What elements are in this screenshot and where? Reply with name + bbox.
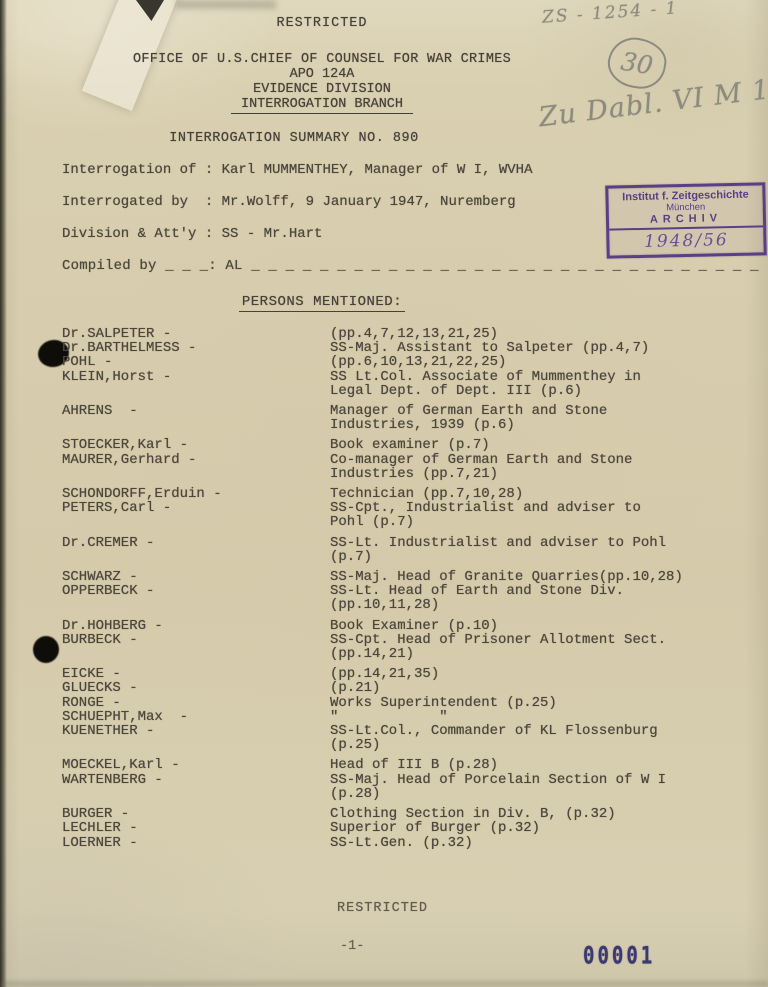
document-header: RESTRICTED OFFICE OF U.S.CHIEF OF COUNSE… xyxy=(42,16,602,146)
summary-title: INTERROGATION SUMMARY NO. 890 xyxy=(42,131,546,146)
person-row: AHRENS - Manager of German Earth and Sto… xyxy=(62,404,752,432)
person-desc-line: (p.28) xyxy=(330,787,752,801)
person-name: POHL - xyxy=(62,355,330,369)
person-desc-line: Industries, 1939 (p.6) xyxy=(330,418,752,432)
person-name: PETERS,Carl - xyxy=(62,501,330,529)
archive-stamp-header: Institut f. Zeitgeschichte München ARCHI… xyxy=(608,185,763,230)
person-desc-line: Superior of Burger (p.32) xyxy=(330,821,752,835)
circled-number-annotation: 30 xyxy=(604,34,669,92)
person-desc-line: Pohl (p.7) xyxy=(330,515,752,529)
person-desc-line: (p.7) xyxy=(330,550,752,564)
person-row: RONGE - Works Superintendent (p.25) xyxy=(62,696,752,710)
persons-mentioned-heading-wrap: PERSONS MENTIONED: xyxy=(42,294,602,312)
person-name: LECHLER - xyxy=(62,821,330,835)
person-desc-line: " " xyxy=(330,710,752,724)
person-row: POHL - (pp.6,10,13,21,22,25) xyxy=(62,355,752,369)
person-desc-line: Book examiner (p.7) xyxy=(330,438,752,452)
person-desc: (pp.14,21,35) xyxy=(330,667,752,681)
document-page: ZS - 1254 - 1 30 Zu Dabl. VI M 128 RESTR… xyxy=(0,0,768,987)
person-row: SCHUEPHT,Max - " " xyxy=(62,710,752,724)
person-name: STOECKER,Karl - xyxy=(62,438,330,452)
person-desc-line: Industries (pp.7,21) xyxy=(330,467,752,481)
bottom-edge-shadow xyxy=(0,981,768,987)
person-desc: Co-manager of German Earth and Stone Ind… xyxy=(330,453,752,481)
person-row: KUENETHER - SS-Lt.Col., Commander of KL … xyxy=(62,724,752,752)
person-desc-line: Legal Dept. of Dept. III (p.6) xyxy=(330,384,752,398)
document-serial-stamp: 00001 xyxy=(583,942,655,970)
person-desc: Manager of German Earth and Stone Indust… xyxy=(330,404,752,432)
person-desc-line: (pp.14,21) xyxy=(330,647,752,661)
person-row: OPPERBECK - SS-Lt. Head of Earth and Sto… xyxy=(62,584,752,612)
person-desc-line: (p.21) xyxy=(330,681,752,695)
person-name: OPPERBECK - xyxy=(62,584,330,612)
archive-stamp-number: 1948/56 xyxy=(609,227,763,255)
person-name: RONGE - xyxy=(62,696,330,710)
person-desc: SS-Cpt. Head of Prisoner Allotment Sect.… xyxy=(330,633,752,661)
top-edge-smudge xyxy=(176,0,276,9)
interrogation-branch-line: INTERROGATION BRANCH xyxy=(231,97,413,114)
interrogation-branch-wrap: INTERROGATION BRANCH xyxy=(42,97,602,114)
person-row: PETERS,Carl - SS-Cpt., Industrialist and… xyxy=(62,501,752,529)
person-row: WARTENBERG - SS-Maj. Head of Porcelain S… xyxy=(62,773,752,801)
person-name: Dr.HOHBERG - xyxy=(62,619,330,633)
person-desc: SS-Lt. Industrialist and adviser to Pohl… xyxy=(330,536,752,564)
person-desc: (p.21) xyxy=(330,681,752,695)
person-name: SCHUEPHT,Max - xyxy=(62,710,330,724)
person-row: LECHLER - Superior of Burger (p.32) xyxy=(62,821,752,835)
person-row: STOECKER,Karl - Book examiner (p.7) xyxy=(62,438,752,452)
person-row: EICKE - (pp.14,21,35) xyxy=(62,667,752,681)
person-desc-line: SS-Lt.Col., Commander of KL Flossenburg xyxy=(330,724,752,738)
person-desc-line: (pp.14,21,35) xyxy=(330,667,752,681)
person-name: LOERNER - xyxy=(62,836,330,850)
archive-stamp-archiv: ARCHIV xyxy=(611,211,761,226)
persons-mentioned-list: Dr.SALPETER - (pp.4,7,12,13,21,25) Dr.BA… xyxy=(62,327,752,850)
classification-banner: RESTRICTED xyxy=(42,16,602,31)
person-name: MAURER,Gerhard - xyxy=(62,453,330,481)
person-desc: SS-Maj. Head of Porcelain Section of W I… xyxy=(330,773,752,801)
person-row: MAURER,Gerhard - Co-manager of German Ea… xyxy=(62,453,752,481)
person-name: KUENETHER - xyxy=(62,724,330,752)
person-desc: SS-Lt.Col., Commander of KL Flossenburg … xyxy=(330,724,752,752)
person-name: BURBECK - xyxy=(62,633,330,661)
meta-line-interrogation-of: Interrogation of : Karl MUMMENTHEY, Mana… xyxy=(62,163,759,178)
footer-classification: RESTRICTED xyxy=(337,901,428,916)
person-desc: SS-Lt.Gen. (p.32) xyxy=(330,836,752,850)
person-desc-line: Book Examiner (p.10) xyxy=(330,619,752,633)
person-desc-line: (pp.6,10,13,21,22,25) xyxy=(330,355,752,369)
person-name: GLUECKS - xyxy=(62,681,330,695)
persons-mentioned-heading: PERSONS MENTIONED: xyxy=(239,294,405,312)
person-desc: SS-Cpt., Industrialist and adviser to Po… xyxy=(330,501,752,529)
meta-line-compiled-by: Compiled by _ _ _: AL _ _ _ _ _ _ _ _ _ … xyxy=(62,259,759,274)
person-name: MOECKEL,Karl - xyxy=(62,758,330,772)
person-desc: " " xyxy=(330,710,752,724)
person-desc: SS-Lt. Head of Earth and Stone Div. (pp.… xyxy=(330,584,752,612)
page-number: -1- xyxy=(340,939,364,954)
punch-hole xyxy=(32,635,61,665)
person-desc: (pp.6,10,13,21,22,25) xyxy=(330,355,752,369)
person-desc: Book Examiner (p.10) xyxy=(330,619,752,633)
person-desc: Superior of Burger (p.32) xyxy=(330,821,752,835)
person-desc: SS Lt.Col. Associate of Mummenthey in Le… xyxy=(330,370,752,398)
person-row: LOERNER - SS-Lt.Gen. (p.32) xyxy=(62,836,752,850)
person-row: KLEIN,Horst - SS Lt.Col. Associate of Mu… xyxy=(62,370,752,398)
person-desc-line: SS Lt.Col. Associate of Mummenthey in xyxy=(330,370,752,384)
person-row: GLUECKS - (p.21) xyxy=(62,681,752,695)
person-name: KLEIN,Horst - xyxy=(62,370,330,398)
person-desc-line: (pp.10,11,28) xyxy=(330,598,752,612)
person-row: MOECKEL,Karl - Head of III B (p.28) xyxy=(62,758,752,772)
person-desc-line: Co-manager of German Earth and Stone xyxy=(330,453,752,467)
person-desc-line: SS-Lt.Gen. (p.32) xyxy=(330,836,752,850)
person-name: AHRENS - xyxy=(62,404,330,432)
office-line: OFFICE OF U.S.CHIEF OF COUNSEL FOR WAR C… xyxy=(42,52,602,67)
apo-line: APO 124A xyxy=(42,67,602,82)
person-desc: Head of III B (p.28) xyxy=(330,758,752,772)
person-desc-line: Head of III B (p.28) xyxy=(330,758,752,772)
person-row: BURBECK - SS-Cpt. Head of Prisoner Allot… xyxy=(62,633,752,661)
person-desc: Works Superintendent (p.25) xyxy=(330,696,752,710)
person-name: WARTENBERG - xyxy=(62,773,330,801)
person-row: Dr.CREMER - SS-Lt. Industrialist and adv… xyxy=(62,536,752,564)
circled-number-value: 30 xyxy=(619,46,655,80)
person-desc-line: Works Superintendent (p.25) xyxy=(330,696,752,710)
scan-edge-shadow xyxy=(0,0,7,987)
person-desc-line: SS-Maj. Head of Porcelain Section of W I xyxy=(330,773,752,787)
evidence-division-line: EVIDENCE DIVISION xyxy=(42,82,602,97)
person-desc-line: SS-Cpt. Head of Prisoner Allotment Sect. xyxy=(330,633,752,647)
person-row: Dr.HOHBERG - Book Examiner (p.10) xyxy=(62,619,752,633)
person-name: Dr.CREMER - xyxy=(62,536,330,564)
archive-stamp: Institut f. Zeitgeschichte München ARCHI… xyxy=(605,182,766,258)
person-desc-line: (p.25) xyxy=(330,738,752,752)
person-desc: Book examiner (p.7) xyxy=(330,438,752,452)
person-desc-line: SS-Lt. Industrialist and adviser to Pohl xyxy=(330,536,752,550)
